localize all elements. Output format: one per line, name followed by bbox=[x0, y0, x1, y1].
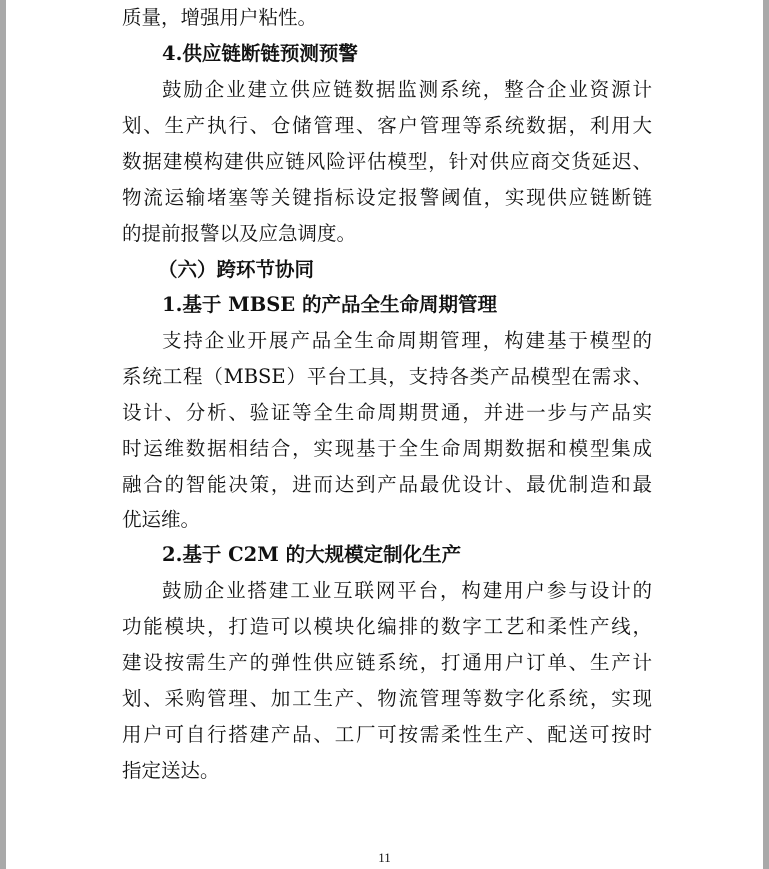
paragraph-line: 系统工程（MBSE）平台工具，支持各类产品模型在需求、 bbox=[122, 359, 652, 395]
paragraph-line: 融合的智能决策，进而达到产品最优设计、最优制造和最 bbox=[122, 467, 652, 503]
paragraph-line: 物流运输堵塞等关键指标设定报警阈值，实现供应链断链 bbox=[122, 180, 652, 216]
heading-mbse: 1.基于 MBSE 的产品全生命周期管理 bbox=[162, 287, 497, 323]
section-heading-cross-link: （六）跨环节协同 bbox=[158, 252, 314, 288]
paragraph-line: 指定送达。 bbox=[122, 753, 220, 789]
heading-supply-chain-warning: 4.供应链断链预测预警 bbox=[162, 36, 358, 72]
paragraph-line: 划、采购管理、加工生产、物流管理等数字化系统，实现 bbox=[122, 681, 652, 717]
page-number: 11 bbox=[0, 850, 769, 866]
paragraph-line: 优运维。 bbox=[122, 502, 200, 538]
paragraph-tail: 质量，增强用户粘性。 bbox=[122, 0, 317, 36]
paragraph-line: 功能模块，打造可以模块化编排的数字工艺和柔性产线， bbox=[122, 609, 652, 645]
paragraph-line: 用户可自行搭建产品、工厂可按需柔性生产、配送可按时 bbox=[122, 717, 652, 753]
paragraph-line: 鼓励企业建立供应链数据监测系统，整合企业资源计 bbox=[162, 72, 652, 108]
heading-c2m: 2.基于 C2M 的大规模定制化生产 bbox=[162, 537, 461, 573]
paragraph-line: 设计、分析、验证等全生命周期贯通，并进一步与产品实 bbox=[122, 395, 652, 431]
paragraph-line: 建设按需生产的弹性供应链系统，打通用户订单、生产计 bbox=[122, 645, 652, 681]
paragraph-line: 支持企业开展产品全生命周期管理，构建基于模型的 bbox=[162, 323, 652, 359]
paragraph-line: 划、生产执行、仓储管理、客户管理等系统数据，利用大 bbox=[122, 108, 652, 144]
paragraph-line: 时运维数据相结合，实现基于全生命周期数据和模型集成 bbox=[122, 431, 652, 467]
paragraph-line: 的提前报警以及应急调度。 bbox=[122, 216, 356, 252]
paragraph-line: 数据建模构建供应链风险评估模型，针对供应商交货延迟、 bbox=[122, 144, 652, 180]
paragraph-line: 鼓励企业搭建工业互联网平台，构建用户参与设计的 bbox=[162, 573, 652, 609]
